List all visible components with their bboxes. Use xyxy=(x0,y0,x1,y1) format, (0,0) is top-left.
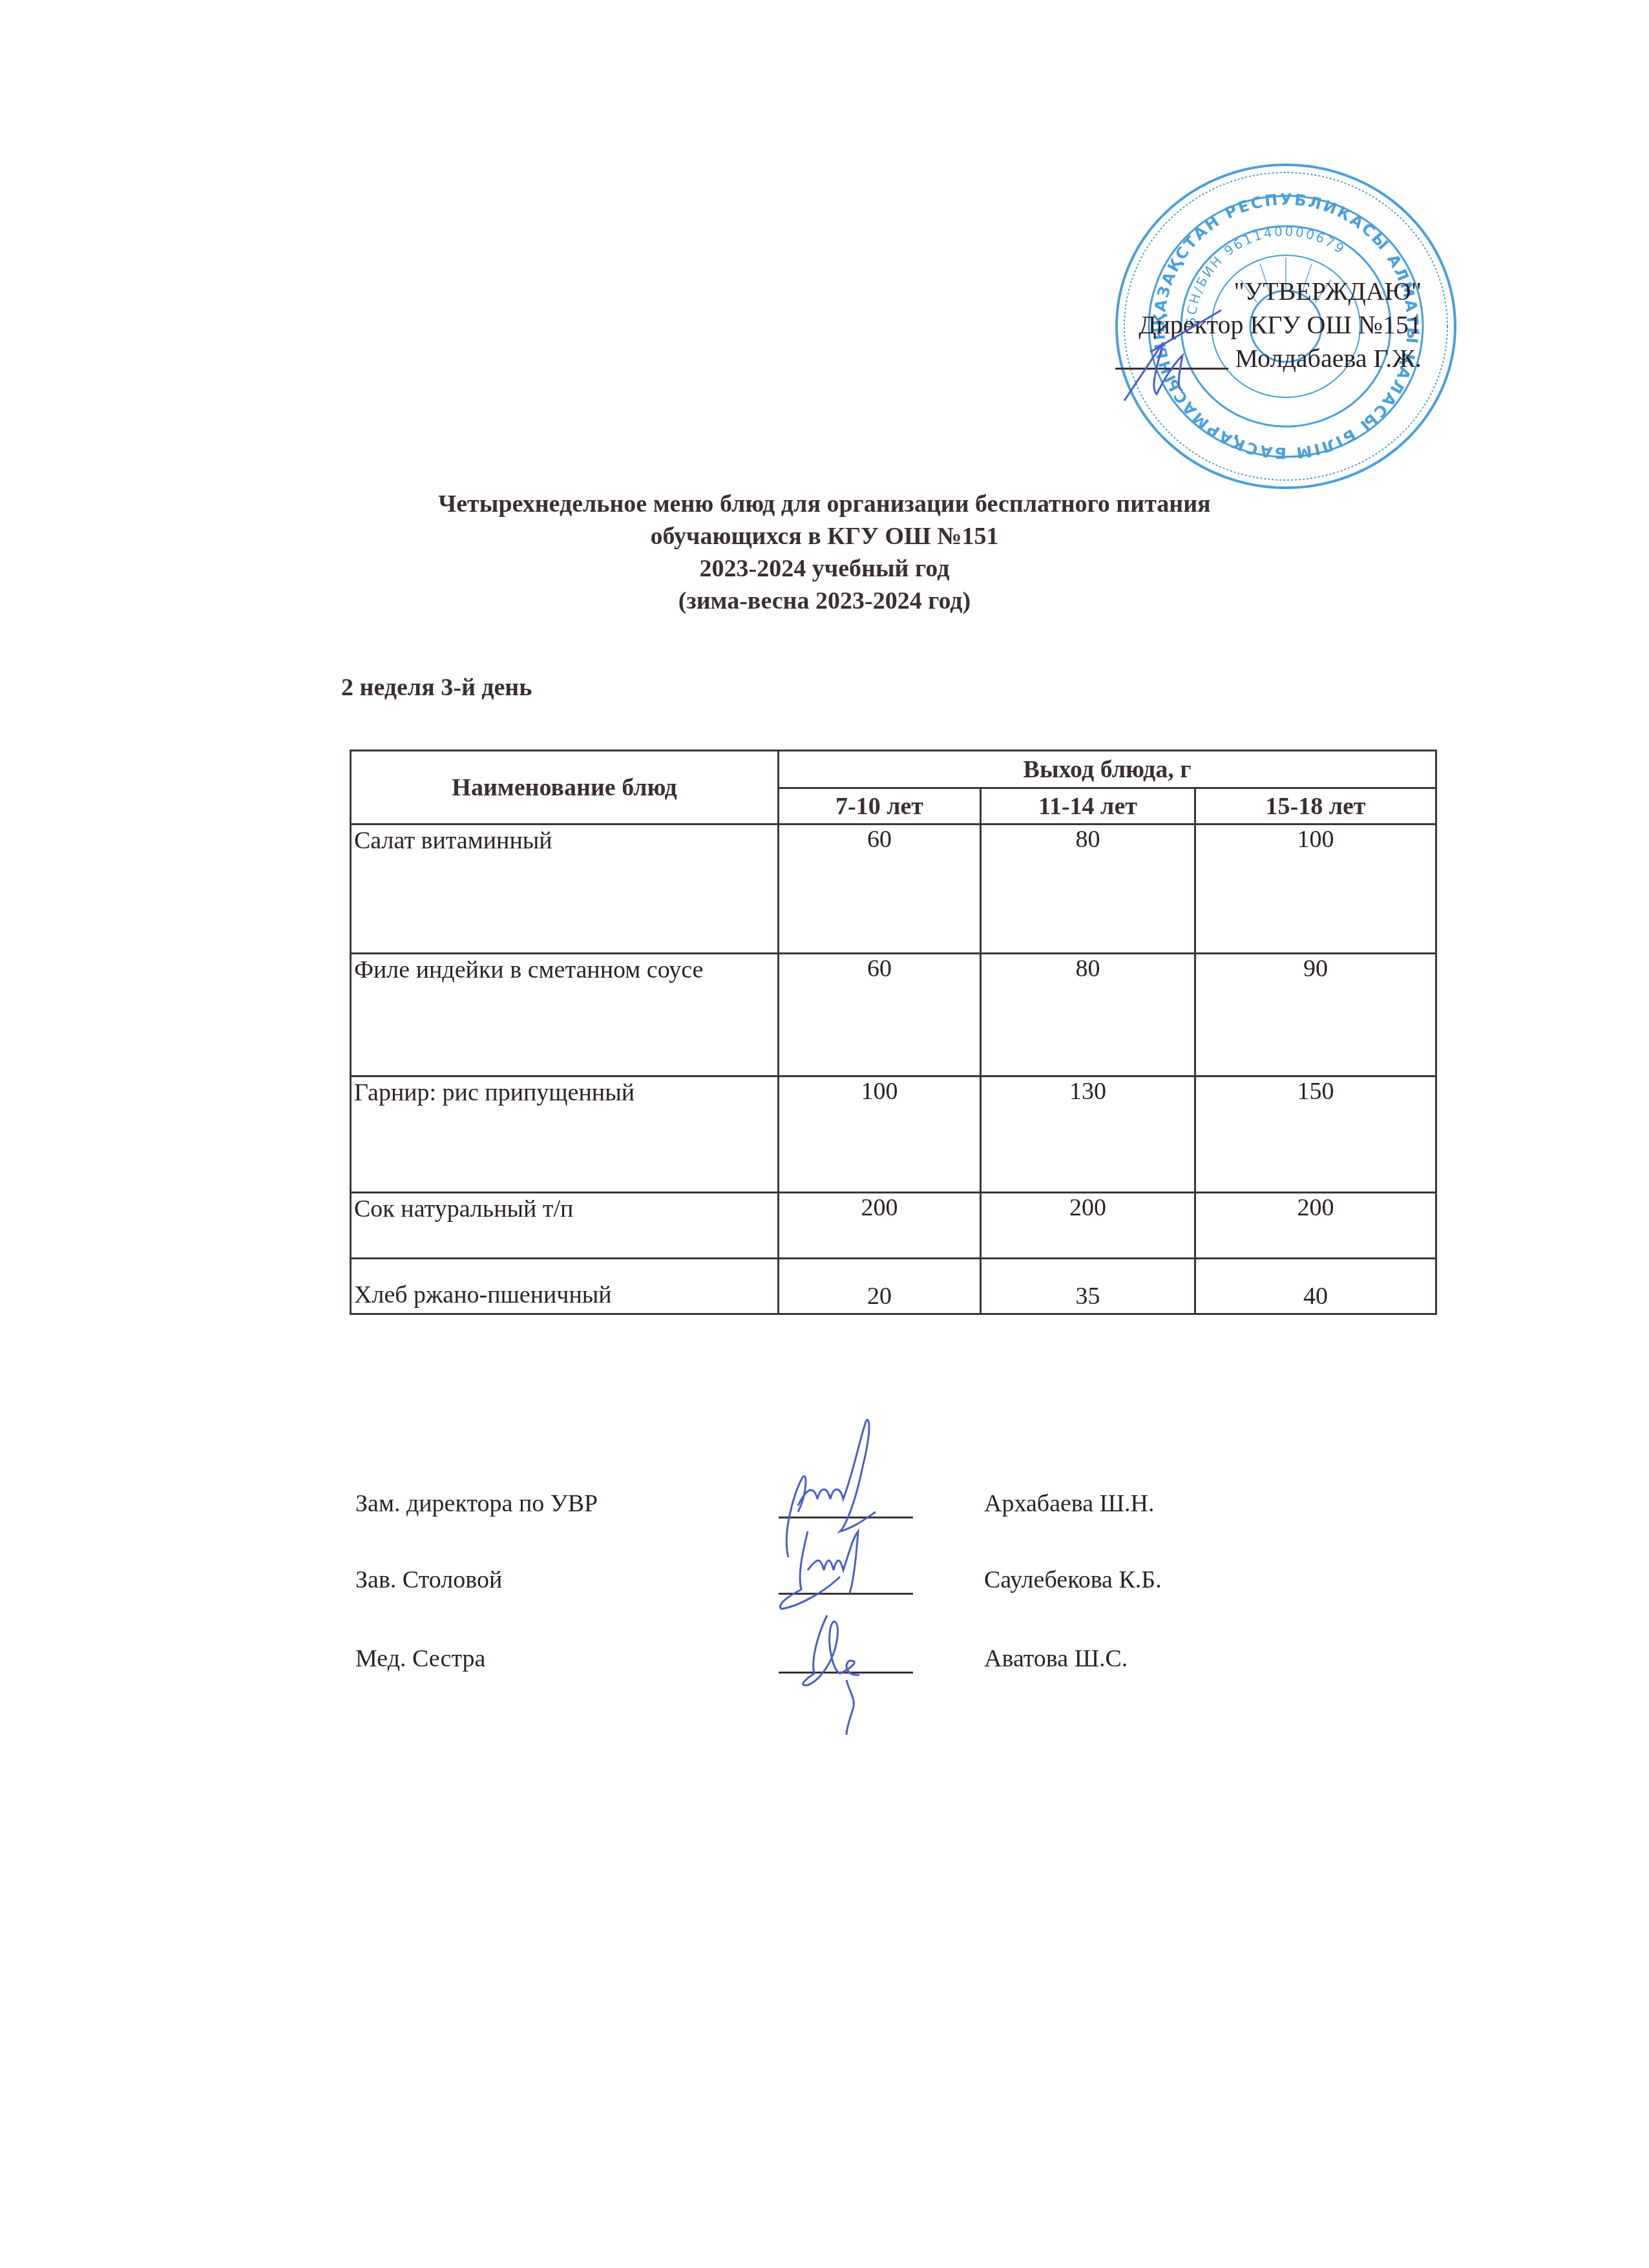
dish-name: Филе индейки в сметанном соусе xyxy=(351,954,779,1076)
signature-role: Мед. Сестра xyxy=(355,1644,485,1673)
approval-name: Молдабаева Г.Ж. xyxy=(1235,344,1422,373)
menu-table: Наименование блюд Выход блюда, г 7-10 ле… xyxy=(350,750,1437,1315)
column-header-dish-name: Наименование блюд xyxy=(351,751,779,824)
dish-yield: 100 xyxy=(779,1076,981,1193)
dish-yield: 80 xyxy=(981,824,1195,954)
dish-yield: 40 xyxy=(1195,1259,1436,1314)
dish-yield: 60 xyxy=(779,824,981,954)
column-header-age-11-14: 11-14 лет xyxy=(981,788,1195,824)
column-header-age-15-18: 15-18 лет xyxy=(1195,788,1436,824)
dish-yield: 200 xyxy=(981,1193,1195,1259)
table-row: Сок натуральный т/п 200 200 200 xyxy=(351,1193,1436,1259)
dish-yield: 150 xyxy=(1195,1076,1436,1193)
dish-yield: 80 xyxy=(981,954,1195,1076)
day-label: 2 неделя 3-й день xyxy=(341,673,532,702)
column-header-yield: Выход блюда, г xyxy=(779,751,1436,788)
table-row: Салат витаминный 60 80 100 xyxy=(351,824,1436,954)
signature-role: Зам. директора по УВР xyxy=(355,1489,598,1518)
dish-yield: 90 xyxy=(1195,954,1436,1076)
signature-name: Аватова Ш.С. xyxy=(984,1644,1128,1673)
dish-name: Гарнир: рис припущенный xyxy=(351,1076,779,1193)
dish-name: Сок натуральный т/п xyxy=(351,1193,779,1259)
table-row: Гарнир: рис припущенный 100 130 150 xyxy=(351,1076,1436,1193)
dish-yield: 20 xyxy=(779,1259,981,1314)
dish-name: Хлеб ржано-пшеничный xyxy=(351,1259,779,1314)
signature-role: Зав. Столовой xyxy=(355,1566,502,1594)
table-row: Филе индейки в сметанном соусе 60 80 90 xyxy=(351,954,1436,1076)
signature-name: Архабаева Ш.Н. xyxy=(984,1489,1154,1518)
title-line-3: 2023-2024 учебный год xyxy=(0,552,1649,585)
dish-name: Салат витаминный xyxy=(351,824,779,954)
table-row: Хлеб ржано-пшеничный 20 35 40 xyxy=(351,1259,1436,1314)
dish-yield: 100 xyxy=(1195,824,1436,954)
title-line-2: обучающихся в КГУ ОШ №151 xyxy=(0,520,1649,552)
title-line-4: (зима-весна 2023-2024 год) xyxy=(0,585,1649,617)
signature-name: Саулебекова К.Б. xyxy=(984,1566,1162,1594)
dish-yield: 130 xyxy=(981,1076,1195,1193)
handwritten-signature-icon xyxy=(762,1518,930,1615)
dish-yield: 60 xyxy=(779,954,981,1076)
handwritten-signature-icon xyxy=(782,1609,911,1738)
dish-yield: 200 xyxy=(779,1193,981,1259)
column-header-age-7-10: 7-10 лет xyxy=(779,788,981,824)
director-signature-icon xyxy=(1111,304,1228,414)
dish-yield: 200 xyxy=(1195,1193,1436,1259)
dish-yield: 35 xyxy=(981,1259,1195,1314)
document-title: Четырехнедельное меню блюд для организац… xyxy=(0,488,1649,617)
